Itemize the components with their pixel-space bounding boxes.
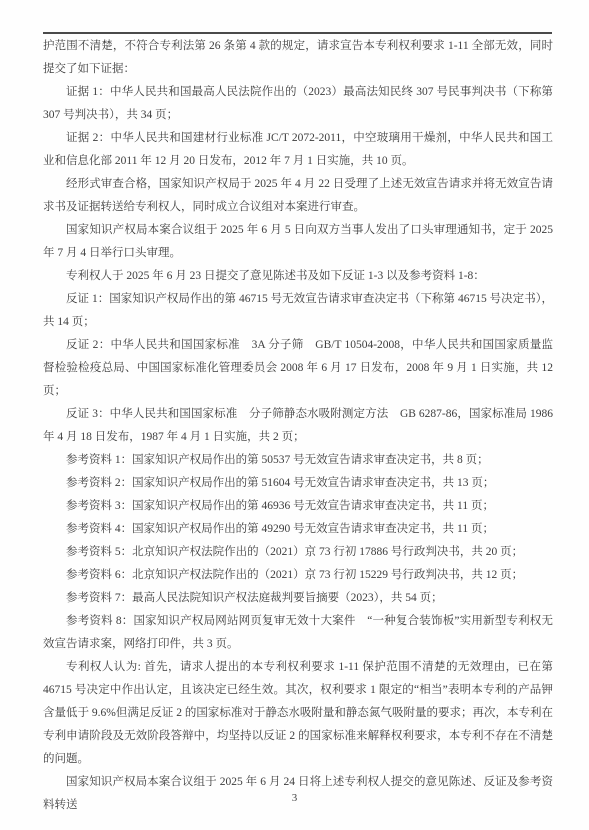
paragraph: 证据 2：中华人民共和国建材行业标准 JC/T 2072-2011，中空玻璃用干… bbox=[43, 127, 553, 173]
document-page: 护范围不清楚，不符合专利法第 26 条第 4 款的规定，请求宣告本专利权利要求 … bbox=[0, 0, 589, 830]
paragraph: 专利权人认为: 首先，请求人提出的本专利权利要求 1-11 保护范围不清楚的无效… bbox=[43, 656, 553, 771]
paragraph: 参考资料 2：国家知识产权局作出的第 51604 号无效宣告请求审查决定书，共 … bbox=[43, 472, 553, 495]
paragraph: 反证 1：国家知识产权局作出的第 46715 号无效宣告请求审查决定书（下称第 … bbox=[43, 288, 553, 334]
paragraph: 反证 2：中华人民共和国国家标准 3A 分子筛 GB/T 10504-2008，… bbox=[43, 334, 553, 403]
paragraph: 参考资料 8：国家知识产权局网站网页复审无效十大案件 “一种复合装饰板”实用新型… bbox=[43, 610, 553, 656]
paragraph: 反证 3：中华人民共和国国家标准 分子筛静态水吸附测定方法 GB 6287-86… bbox=[43, 403, 553, 449]
paragraph: 证据 1：中华人民共和国最高人民法院作出的（2023）最高法知民终 307 号民… bbox=[43, 81, 553, 127]
header-rule bbox=[43, 32, 552, 34]
paragraph: 护范围不清楚，不符合专利法第 26 条第 4 款的规定，请求宣告本专利权利要求 … bbox=[43, 35, 553, 81]
paragraph: 参考资料 5：北京知识产权法院作出的（2021）京 73 行初 17886 号行… bbox=[43, 541, 553, 564]
paragraph: 参考资料 3：国家知识产权局作出的第 46936 号无效宣告请求审查决定书，共 … bbox=[43, 495, 553, 518]
paragraph: 参考资料 6：北京知识产权法院作出的（2021）京 73 行初 15229 号行… bbox=[43, 564, 553, 587]
paragraph: 参考资料 4：国家知识产权局作出的第 49290 号无效宣告请求审查决定书，共 … bbox=[43, 518, 553, 541]
page-number: 3 bbox=[0, 792, 589, 804]
paragraph: 经形式审查合格，国家知识产权局于 2025 年 4 月 22 日受理了上述无效宣… bbox=[43, 173, 553, 219]
paragraph: 专利权人于 2025 年 6 月 23 日提交了意见陈述书及如下反证 1-3 以… bbox=[43, 265, 553, 288]
paragraph: 参考资料 7：最高人民法院知识产权法庭裁判要旨摘要（2023），共 54 页； bbox=[43, 587, 553, 610]
paragraph: 参考资料 1：国家知识产权局作出的第 50537 号无效宣告请求审查决定书，共 … bbox=[43, 449, 553, 472]
paragraph: 国家知识产权局本案合议组于 2025 年 6 月 5 日向双方当事人发出了口头审… bbox=[43, 219, 553, 265]
document-body: 护范围不清楚，不符合专利法第 26 条第 4 款的规定，请求宣告本专利权利要求 … bbox=[43, 35, 553, 817]
